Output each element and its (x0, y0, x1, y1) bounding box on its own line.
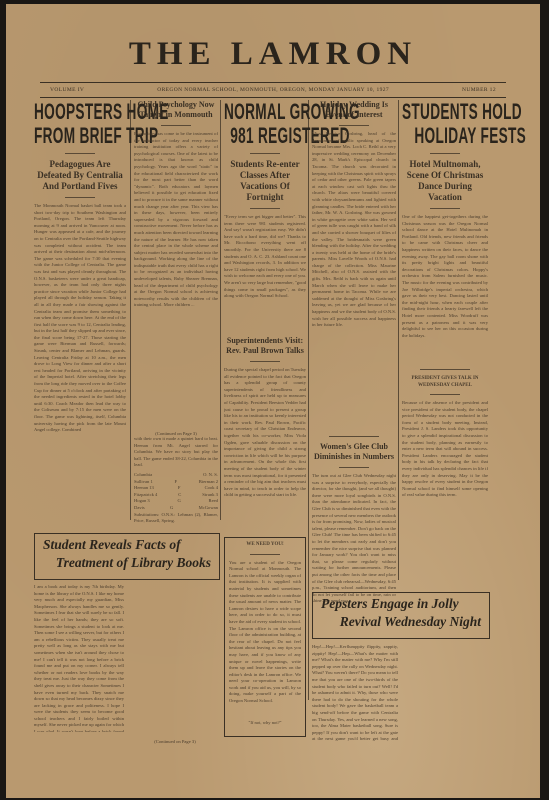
divider (65, 153, 95, 154)
divider (339, 467, 369, 468)
volume-label: VOLUME IV (50, 87, 84, 93)
article-library-books: I am a book and today is my 7th birthday… (34, 584, 220, 732)
headline-line-2: 981 REGISTERED (224, 124, 275, 148)
article-body: "Every term we get bigger and better". T… (224, 214, 306, 332)
lineup-cell: F (178, 485, 181, 492)
article-hoopsters: HOOPSTERS HOME FROM BRIEF TRIP Pedagogue… (34, 100, 126, 533)
team-ons: O. N. S. (203, 472, 218, 479)
game-text: with their own it made a quintet hard to… (134, 436, 218, 469)
article-body: The turn out at Glee Club Wednesday nigh… (312, 473, 396, 603)
masthead-title: THE LAMRON (6, 36, 540, 73)
divider (430, 394, 460, 395)
article-pepsters: Hep!—Hep!—Kerflumppity flippity, zappity… (312, 644, 490, 744)
lineup-cell: Cook 4 (205, 485, 218, 492)
lineup-row: Hogan 3GReed (134, 498, 218, 505)
article-normal-growing: NORMAL GROWING 981 REGISTERED Students R… (224, 100, 306, 563)
lineup-row: Heenan 13FCook 4 (134, 485, 218, 492)
article-students-hold: STUDENTS HOLD HOLIDAY FESTS Hotel Multno… (402, 100, 488, 550)
team-columbia: Columbia (134, 472, 152, 479)
divider (161, 125, 191, 126)
lineup-table: Sullivan 1FBierman 2Heenan 13FCook 4Fitz… (134, 479, 218, 512)
lineup-cell: Fitzpatrick 4 (134, 492, 157, 499)
dateline-center: OREGON NORMAL SCHOOL, MONMOUTH, OREGON, … (157, 87, 389, 93)
lineup-cell: McGowan (199, 505, 218, 512)
lineup-cell: Bierman 2 (199, 479, 218, 486)
divider (420, 369, 470, 370)
lineup-cell: Hogan 3 (134, 498, 150, 505)
article-body: Psychology has come to be the instrument… (134, 131, 218, 431)
substitutions: Substitutions: O.N.S.: Lehman (2), Blame… (134, 512, 218, 525)
lineup-row: DavisGMcGowan (134, 505, 218, 512)
headline-line-1: NORMAL GROWING (224, 100, 275, 124)
lineup-cell: Strunk 3 (202, 492, 218, 499)
headline: Child Psychology Now Taught in Monmouth (134, 100, 218, 120)
headline: Women's Glee Club Diminishes in Numbers (312, 442, 396, 462)
library-books-headline-box: Student Reveals Facts of Treatment of Li… (34, 533, 220, 580)
article-body: Miss Bernice Gosbring, head of the depar… (312, 131, 396, 431)
headline-line-2: Revival Wednesday Night (321, 613, 481, 631)
divider (430, 208, 460, 209)
column-divider (130, 100, 131, 520)
we-need-you-box: WE NEED YOU! You are a student of the Or… (224, 537, 306, 737)
lineup-row: Sullivan 1FBierman 2 (134, 479, 218, 486)
headline-line-1: Pepsters Engage in Jolly (321, 595, 481, 613)
headline-line-1: STUDENTS HOLD (402, 100, 455, 124)
subhead: Pedagogues Are Defeated By Centralia And… (34, 159, 126, 192)
pepsters-headline-box: Pepsters Engage in Jolly Revival Wednesd… (312, 592, 490, 639)
divider (250, 554, 280, 555)
divider (65, 197, 95, 198)
lineup-cell: G (170, 505, 173, 512)
article-body: Because of the absence of the president … (402, 400, 488, 550)
box-body: You are a student of the Oregon Normal s… (229, 560, 301, 720)
headline-line-1: Student Reveals Facts of (43, 536, 211, 554)
lineup-cell: F (174, 479, 177, 486)
subhead: Students Re-enter Classes After Vacation… (224, 159, 306, 203)
newspaper-page: THE LAMRON VOLUME IV OREGON NORMAL SCHOO… (6, 4, 540, 798)
article-body: The Monmouth Normal basket ball team too… (34, 203, 126, 533)
divider (250, 153, 280, 154)
article-body: I am a book and today is my 7th birthday… (34, 584, 124, 732)
divider (250, 208, 280, 209)
game-summary: with their own it made a quintet hard to… (134, 436, 218, 525)
headline: Holiday Wedding Is Event of Interest (312, 100, 396, 120)
headline: PRESIDENT GIVES TALK IN WEDNESDAY CHAPEL (402, 375, 488, 389)
lineup-cell: Heenan 13 (134, 485, 154, 492)
masthead-rule-top (40, 82, 506, 83)
headline-line-2: FROM BRIEF TRIP (34, 124, 91, 148)
article-body: Hep!—Hep!—Kerflumppity flippity, zappity… (312, 644, 398, 744)
lineup-cell: Reed (209, 498, 218, 505)
box-headline: WE NEED YOU! (229, 542, 301, 549)
lineup-row: Fitzpatrick 4CStrunk 3 (134, 492, 218, 499)
headline: Superintendents Visit: Rev. Paul Brown T… (224, 336, 306, 356)
issue-number: NUMBER 12 (462, 87, 496, 93)
divider (430, 153, 460, 154)
divider (329, 436, 379, 437)
lineup-cell: G (177, 498, 180, 505)
lineup-cell: Davis (134, 505, 145, 512)
article-child-psychology: Child Psychology Now Taught in Monmouth … (134, 100, 218, 438)
column-divider (398, 100, 399, 580)
dateline: VOLUME IV OREGON NORMAL SCHOOL, MONMOUTH… (40, 84, 506, 96)
box-closing: "If not, why not?" (229, 720, 301, 727)
lineup-header: Columbia O. N. S. (134, 472, 218, 479)
headline-line-2: Treatment of Library Books (43, 554, 211, 572)
continued-note: (Continued on Page 3) (130, 739, 220, 746)
masthead-rule-bottom (40, 97, 506, 98)
headline-line-2: HOLIDAY FESTS (402, 124, 455, 148)
divider (339, 125, 369, 126)
article-body: One of the happiest get-togethers during… (402, 214, 488, 364)
column-divider (220, 100, 221, 520)
lineup-cell: Sullivan 1 (134, 479, 153, 486)
headline-line-1: HOOPSTERS HOME (34, 100, 91, 124)
article-holiday-wedding: Holiday Wedding Is Event of Interest Mis… (312, 100, 396, 603)
article-body: During the special chapel period on Tues… (224, 367, 306, 563)
column-divider (308, 100, 309, 700)
lineup-cell: C (178, 492, 181, 499)
divider (250, 361, 280, 362)
subhead: Hotel Multnomah, Scene Of Christmas Danc… (402, 159, 488, 203)
